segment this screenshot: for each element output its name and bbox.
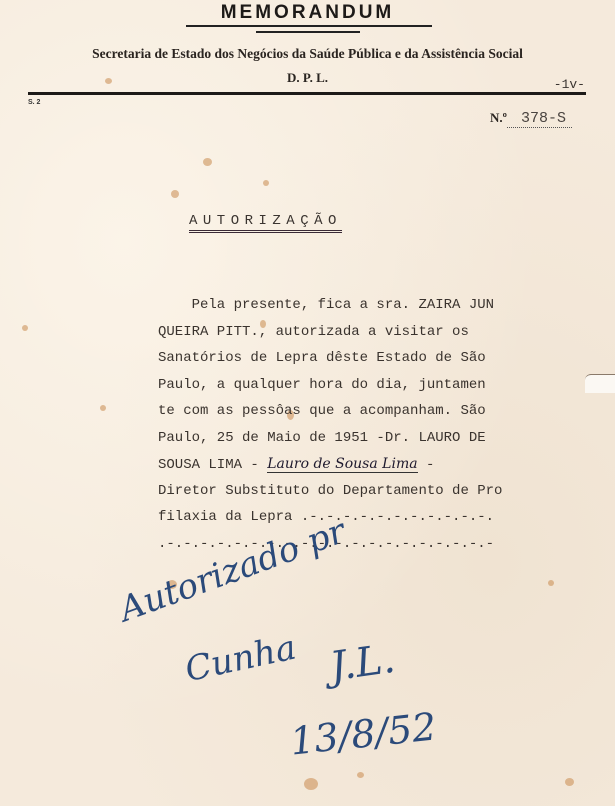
number-value: 378-S: [507, 110, 572, 128]
stain: [263, 180, 269, 186]
memo-title: MEMORANDUM: [0, 2, 615, 24]
document-heading: AUTORIZAÇÃO: [189, 213, 342, 233]
handwritten-signature: Lauro de Sousa Lima: [267, 456, 417, 473]
body-line: QUEIRA PITT., autorizada a visitar os: [158, 319, 598, 346]
title-underline-short: [256, 31, 360, 33]
form-code: S. 2: [28, 99, 40, 106]
body-line: Paulo, 25 de Maio de 1951 -Dr. LAURO DE: [158, 425, 598, 452]
closing-line: Diretor Substituto do Departamento de Pr…: [158, 478, 598, 505]
signature-dash: -: [418, 457, 435, 473]
body-line: te com as pessôas que a acompanham. São: [158, 398, 598, 425]
authorization-body: Pela presente, fica a sra. ZAIRA JUN QUE…: [158, 292, 598, 557]
stain: [22, 325, 28, 331]
stain: [548, 580, 554, 586]
header-divider: [28, 92, 586, 95]
stain: [100, 405, 106, 411]
body-line: Pela presente, fica a sra. ZAIRA JUN: [158, 292, 598, 319]
paper-tear: [585, 374, 615, 393]
stain: [203, 158, 212, 166]
body-line: Paulo, a qualquer hora do dia, juntamen: [158, 372, 598, 399]
stain: [357, 772, 364, 778]
division-code: D. P. L.: [0, 70, 615, 86]
closing-line: filaxia da Lepra .-.-.-.-.-.-.-.-.-.-.-.: [158, 504, 598, 531]
number-label: N.º: [490, 110, 507, 125]
stain: [565, 778, 574, 786]
title-underline: [186, 25, 432, 27]
page-marker: -1v-: [554, 77, 585, 92]
handwritten-initials: J.L.: [327, 636, 398, 691]
stain: [304, 778, 318, 790]
memo-number: N.º378-S: [490, 110, 572, 127]
stain: [171, 190, 179, 198]
department-name: Secretaria de Estado dos Negócios da Saú…: [0, 46, 615, 62]
body-line: Sanatórios de Lepra dêste Estado de São: [158, 345, 598, 372]
signature-line: SOUSA LIMA - Lauro de Sousa Lima -: [158, 451, 598, 478]
signatory-surname: SOUSA LIMA -: [158, 457, 267, 473]
